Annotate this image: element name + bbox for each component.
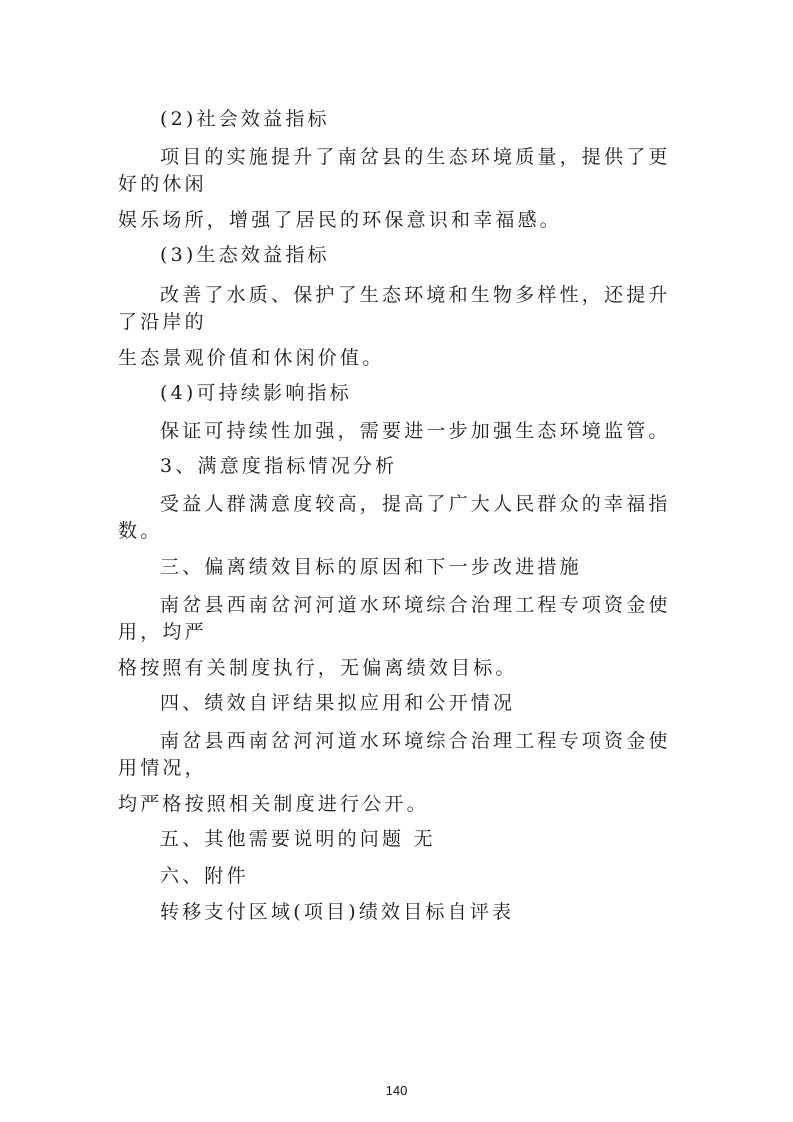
satisfaction-paragraph-line: 数。	[118, 519, 162, 543]
eco-benefit-paragraph-line: 了沿岸的	[118, 310, 207, 334]
section-3-paragraph-line: 格按照有关制度执行，无偏离绩效目标。	[118, 656, 518, 680]
eco-benefit-paragraph-line: 生态景观价值和休闲价值。	[118, 346, 384, 370]
eco-benefit-heading: (3)生态效益指标	[160, 243, 330, 267]
section-4-paragraph-line: 均严格按照相关制度进行公开。	[118, 792, 429, 816]
page-number: 140	[0, 1083, 793, 1098]
social-benefit-paragraph-line: 娱乐场所，增强了居民的环保意识和幸福感。	[118, 208, 562, 232]
attachment-item: 转移支付区域(项目)绩效目标自评表	[160, 900, 514, 924]
social-benefit-heading: (2)社会效益指标	[160, 107, 330, 131]
section-4-heading: 四、绩效自评结果拟应用和公开情况	[160, 691, 515, 715]
section-5-heading: 五、其他需要说明的问题 无	[160, 827, 436, 851]
social-benefit-paragraph-line: 项目的实施提升了南岔县的生态环境质量，提供了更	[160, 145, 671, 169]
social-benefit-paragraph-line: 好的休闲	[118, 172, 207, 196]
section-4-paragraph-line: 用情况，	[118, 756, 207, 780]
satisfaction-paragraph-line: 受益人群满意度较高，提高了广大人民群众的幸福指	[160, 492, 671, 516]
section-3-paragraph-line: 南岔县西南岔河河道水环境综合治理工程专项资金使	[160, 593, 671, 617]
section-6-heading: 六、附件	[160, 864, 249, 888]
sustainability-paragraph: 保证可持续性加强，需要进一步加强生态环境监管。	[160, 419, 671, 443]
section-4-paragraph-line: 南岔县西南岔河河道水环境综合治理工程专项资金使	[160, 729, 671, 753]
satisfaction-heading: 3、满意度指标情况分析	[160, 454, 397, 478]
section-3-heading: 三、偏离绩效目标的原因和下一步改进措施	[160, 555, 582, 579]
eco-benefit-paragraph-line: 改善了水质、保护了生态环境和生物多样性，还提升	[160, 283, 671, 307]
section-3-paragraph-line: 用，均严	[118, 620, 207, 644]
document-page: (2)社会效益指标 项目的实施提升了南岔县的生态环境质量，提供了更 好的休闲 娱…	[0, 0, 793, 1122]
sustainability-heading: (4)可持续影响指标	[160, 381, 352, 405]
